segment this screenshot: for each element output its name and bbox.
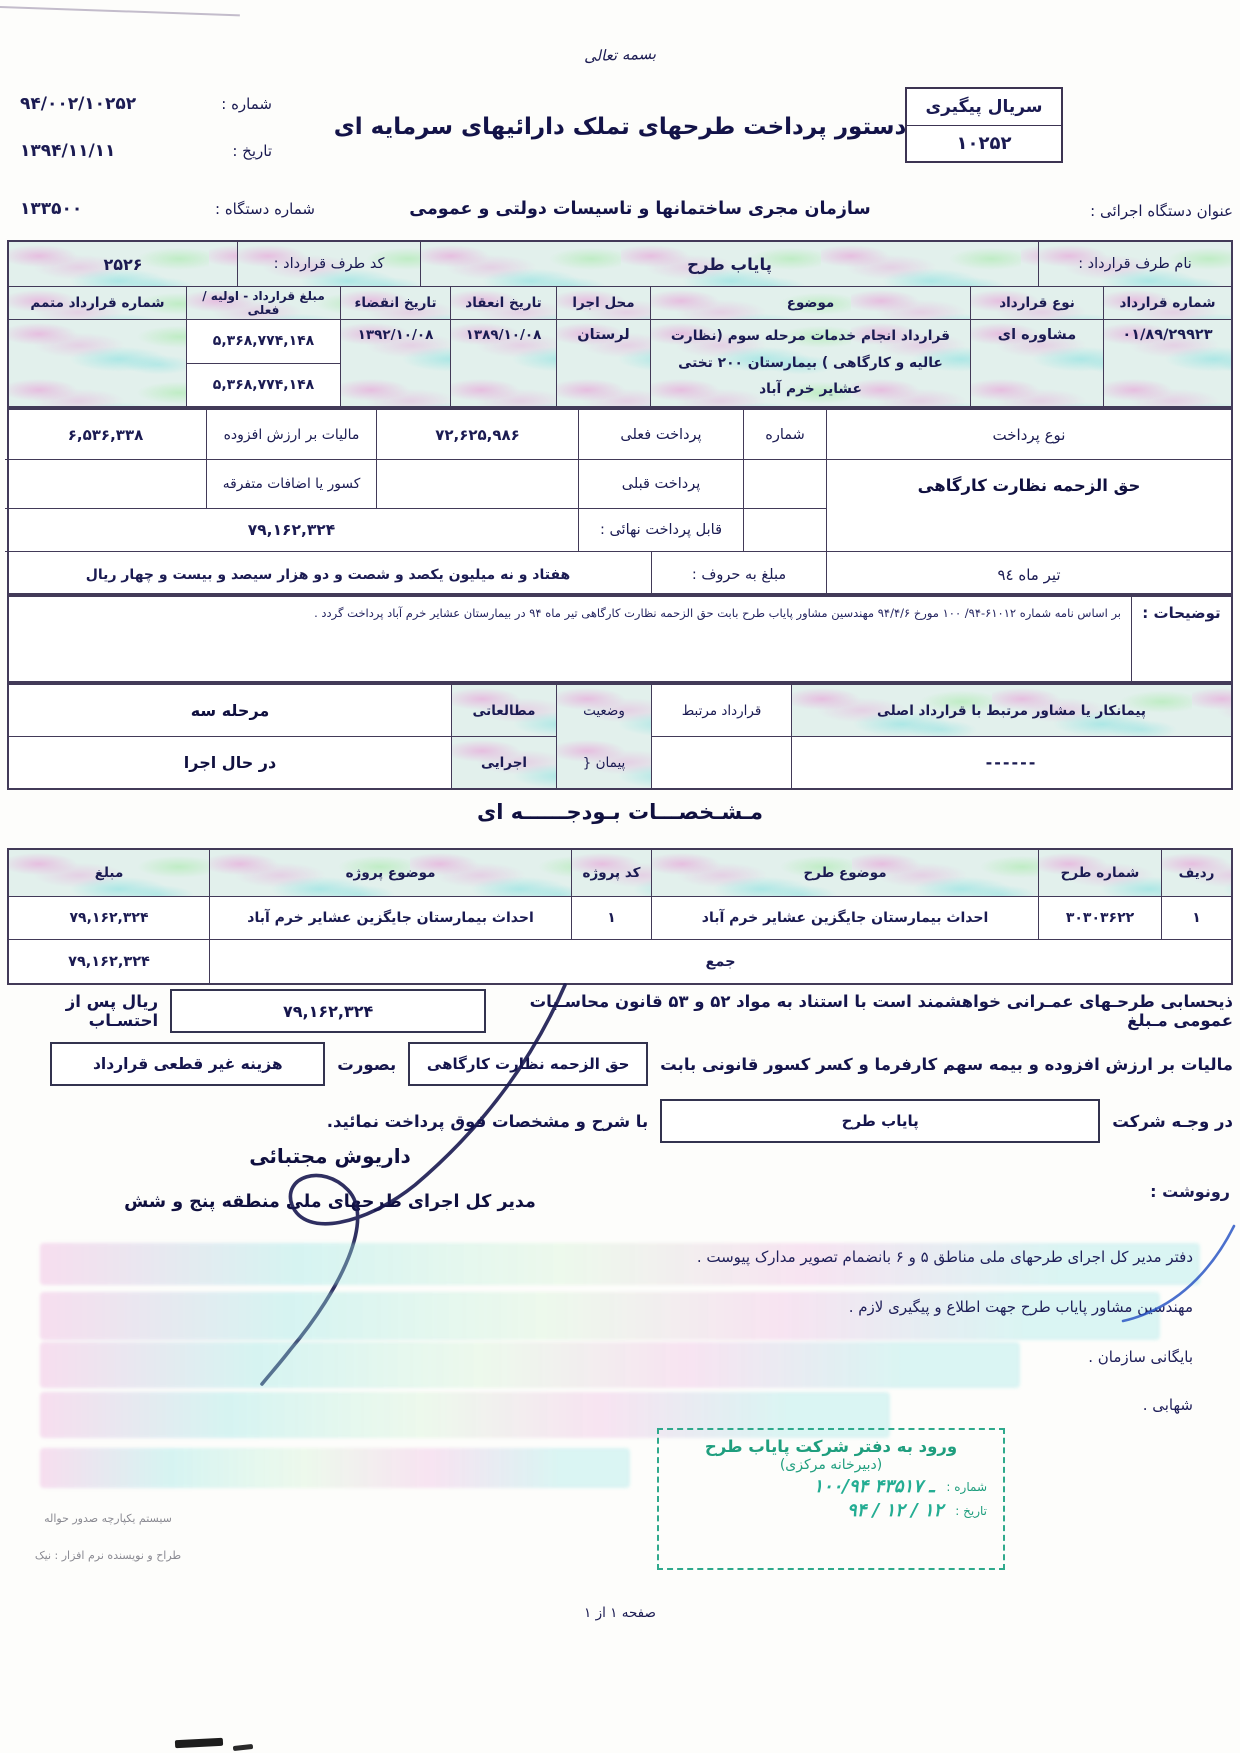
status-phase-label: مرحله سه bbox=[9, 685, 451, 737]
entry-stamp: ورود به دفتر شرکت پایاب طرح (دبیرخانه مر… bbox=[657, 1428, 1005, 1570]
payment-type-value: حق الزحمه نظارت کارگاهی bbox=[826, 460, 1231, 552]
scan-smudge bbox=[40, 1342, 1020, 1388]
budget-row-plan-no: ۳۰۳۰۳۶۲۲ bbox=[1038, 897, 1161, 939]
status-contractor-label: پیمانکار یا مشاور مرتبط با قرارداد اصلی bbox=[791, 685, 1231, 737]
contract-amount-initial: ۵,۳۶۸,۷۷۴,۱۴۸ bbox=[187, 320, 340, 364]
payment-vat-label: مالیات بر ارزش افزوده bbox=[206, 410, 376, 460]
budget-row-plan-subject: احداث بیمارستان جایگزین عشایر خرم آباد bbox=[651, 897, 1038, 939]
stamp-date-row: تاریخ : ۹۴ / ۱۲ / ۱۲ bbox=[659, 1500, 1003, 1521]
page-title: دستور پرداخت طرحهای تملک دارائیهای سرمای… bbox=[320, 114, 920, 140]
request-company-box: پایاب طرح bbox=[660, 1099, 1100, 1143]
contract-table: نام طرف قرارداد : پایاب طرح کد طرف قرارد… bbox=[7, 240, 1233, 408]
contract-header-expire-date: تاریخ انقضاء bbox=[340, 287, 450, 319]
payment-vat-value: ۶,۵۳۶,۳۳۸ bbox=[5, 410, 206, 460]
budget-row-project-code: ۱ bbox=[571, 897, 651, 939]
page-number: صفحه ۱ از ۱ bbox=[540, 1605, 700, 1621]
payment-number-header: شماره bbox=[743, 410, 826, 460]
stamp-number-value: ۱۰۰/۹۴ ـ ۴۳۵۱۷ bbox=[813, 1476, 934, 1497]
bismillah: بسمه تعالی bbox=[530, 43, 711, 67]
agency-label: عنوان دستگاه اجرائی : bbox=[1020, 202, 1233, 220]
status-study-label: مطالعاتی bbox=[451, 685, 556, 737]
contract-number-value: ۰۱/۸۹/۲۹۹۲۳ bbox=[1103, 320, 1231, 406]
contract-header-amount: مبلغ قرارداد - اولیه / فعلی bbox=[186, 287, 340, 319]
tracking-serial-value: ۱۰۲۵۲ bbox=[907, 126, 1061, 162]
copy-item: شهابی . bbox=[1143, 1396, 1193, 1414]
device-number-row: شماره دستگاه : ۱۳۳۵۰۰ bbox=[20, 199, 315, 219]
scan-artifact bbox=[0, 6, 240, 16]
scan-smudge bbox=[40, 1448, 630, 1488]
doc-date-value: ۱۳۹۴/۱۱/۱۱ bbox=[20, 141, 115, 161]
contract-header-location: محل اجرا bbox=[556, 287, 650, 319]
payment-previous-label: پرداخت قبلی bbox=[578, 460, 743, 509]
device-number-label: شماره دستگاه : bbox=[215, 200, 315, 218]
contract-party-code-label: کد طرف قرارداد : bbox=[237, 242, 420, 286]
copy-item: دفتر مدیر کل اجرای طرحهای ملی مناطق ۵ و … bbox=[697, 1248, 1193, 1266]
payment-current-label: پرداخت فعلی bbox=[578, 410, 743, 460]
doc-date-row: تاریخ : ۱۳۹۴/۱۱/۱۱ bbox=[20, 141, 272, 161]
request-line2-text: مالیات بر ارزش افزوده و بیمه سهم کارفرما… bbox=[660, 1055, 1233, 1074]
notes-text: بر اساس نامه شماره ۶۱۰۱۲-۹۴/ ۱۰۰ مورخ ۹۴… bbox=[9, 597, 1131, 681]
contract-party-value: پایاب طرح bbox=[420, 242, 1038, 286]
stamp-title: ورود به دفتر شرکت پایاب طرح bbox=[705, 1437, 957, 1456]
contract-type-value: مشاوره ای bbox=[970, 320, 1103, 406]
request-line3-text: در وجـه شرکت bbox=[1112, 1112, 1233, 1131]
status-related-label: قرارداد مرتبط bbox=[651, 685, 791, 737]
contract-header-subject: موضوع bbox=[650, 287, 970, 319]
payment-misc-empty-cell bbox=[5, 460, 206, 509]
notes-box: توضیحات : بر اساس نامه شماره ۶۱۰۱۲-۹۴/ ۱… bbox=[7, 595, 1233, 683]
tracking-serial-label: سریال پیگیری bbox=[907, 89, 1061, 126]
status-exec-label: اجرایی bbox=[451, 737, 556, 788]
budget-header-project-code: کد پروژه bbox=[571, 850, 651, 896]
software-credit-line2: طراح و نویسنده نرم افزار : نیک bbox=[22, 1549, 194, 1562]
device-number-value: ۱۳۳۵۰۰ bbox=[20, 199, 82, 219]
payment-number-empty-cell bbox=[743, 460, 826, 509]
doc-date-label: تاریخ : bbox=[232, 142, 272, 160]
contract-amount-cell: ۵,۳۶۸,۷۷۴,۱۴۸ ۵,۳۶۸,۷۷۴,۱۴۸ bbox=[186, 320, 340, 406]
payment-table: نوع پرداخت شماره پرداخت فعلی ۷۲,۶۲۵,۹۸۶ … bbox=[7, 408, 1233, 595]
payment-words-value: هفتاد و نه میلیون یکصد و شصت و دو هزار س… bbox=[5, 552, 651, 597]
software-credit-line1: سیستم یکپارچه صدور حواله bbox=[22, 1512, 194, 1525]
budget-header-amount: مبلغ bbox=[9, 850, 209, 896]
budget-header-index: ردیف bbox=[1161, 850, 1231, 896]
contract-header-type: نوع قرارداد bbox=[970, 287, 1103, 319]
payment-previous-empty-cell bbox=[376, 460, 578, 509]
request-line1-text: ذیحسابی طرحـهای عمـرانی خواهشمند است با … bbox=[498, 992, 1233, 1030]
payment-words-label: مبلغ به حروف : bbox=[651, 552, 826, 597]
payment-period-value: تیر ماه ۹٤ bbox=[826, 552, 1231, 597]
budget-header-plan-no: شماره طرح bbox=[1038, 850, 1161, 896]
stamp-date-label: تاریخ : bbox=[955, 1504, 987, 1518]
scanned-payment-order-document: بسمه تعالی سریال پیگیری ۱۰۲۵۲ شماره : ۹۴… bbox=[0, 0, 1240, 1753]
contract-supplement-empty-cell bbox=[9, 320, 186, 406]
doc-number-label: شماره : bbox=[221, 95, 272, 113]
stamp-number-label: شماره : bbox=[946, 1480, 987, 1494]
status-table: پیمانکار یا مشاور مرتبط با قرارداد اصلی … bbox=[7, 683, 1233, 790]
stamp-date-value: ۹۴ / ۱۲ / ۱۲ bbox=[847, 1500, 943, 1521]
doc-number-value: ۹۴/۰۰۲/۱۰۲۵۲ bbox=[20, 94, 136, 114]
contract-party-code-value: ۲۵۲۶ bbox=[9, 242, 237, 286]
stamp-subtitle: (دبیرخانه مرکزی) bbox=[780, 1457, 882, 1473]
budget-section-title: مـشـخصـــات بـودجــــــه ای bbox=[330, 800, 910, 824]
payment-number-empty-cell2 bbox=[743, 509, 826, 552]
notes-label: توضیحات : bbox=[1131, 597, 1231, 681]
contract-party-label: نام طرف قرارداد : bbox=[1038, 242, 1231, 286]
copies-label: رونوشت : bbox=[1150, 1182, 1230, 1201]
budget-row-amount: ۷۹,۱۶۲,۳۲۴ bbox=[9, 897, 209, 939]
budget-header-plan-subject: موضوع طرح bbox=[651, 850, 1038, 896]
pen-checkmark bbox=[1120, 1222, 1238, 1332]
scan-artifact bbox=[233, 1744, 253, 1751]
stamp-number-row: شماره : ۱۰۰/۹۴ ـ ۴۳۵۱۷ bbox=[659, 1476, 1003, 1497]
contract-header-supplement: شماره قرارداد متمم bbox=[9, 287, 186, 319]
payment-type-header: نوع پرداخت bbox=[826, 410, 1231, 460]
contract-amount-current: ۵,۳۶۸,۷۷۴,۱۴۸ bbox=[187, 364, 340, 407]
budget-row-index: ۱ bbox=[1161, 897, 1231, 939]
payment-current-value: ۷۲,۶۲۵,۹۸۶ bbox=[376, 410, 578, 460]
payment-misc-label: کسور یا اضافات متفرقه bbox=[206, 460, 376, 509]
agency-value: سازمان مجری ساختمانها و تاسیسات دولتی و … bbox=[360, 199, 920, 219]
contract-header-sign-date: تاریخ انعقاد bbox=[450, 287, 556, 319]
contract-sign-date-value: ۱۳۸۹/۱۰/۰۸ bbox=[450, 320, 556, 406]
status-related-empty-cell bbox=[651, 737, 791, 788]
scan-artifact bbox=[175, 1738, 223, 1749]
status-state-label: وضعیت bbox=[556, 685, 651, 737]
status-phase-value: در حال اجرا bbox=[9, 737, 451, 788]
copy-item: بایگانی سازمان . bbox=[1088, 1348, 1193, 1366]
request-line1-tail: ریال پس از احتسـاب bbox=[7, 992, 158, 1030]
status-contractor-value: ------ bbox=[791, 737, 1231, 788]
contract-expire-date-value: ۱۳۹۲/۱۰/۰۸ bbox=[340, 320, 450, 406]
budget-row-project-subject: احداث بیمارستان جایگزین عشایر خرم آباد bbox=[209, 897, 571, 939]
tracking-serial-box: سریال پیگیری ۱۰۲۵۲ bbox=[905, 87, 1063, 163]
budget-table: ردیف شماره طرح موضوع طرح کد پروژه موضوع … bbox=[7, 848, 1233, 985]
payment-payable-value: ۷۹,۱۶۲,۳۲۴ bbox=[5, 509, 578, 552]
payment-payable-label: قابل پرداخت نهائی : bbox=[578, 509, 743, 552]
status-peyman-label: پیمان { bbox=[556, 737, 651, 788]
contract-header-number: شماره قرارداد bbox=[1103, 287, 1231, 319]
contract-location-value: لرستان bbox=[556, 320, 650, 406]
doc-number-row: شماره : ۹۴/۰۰۲/۱۰۲۵۲ bbox=[20, 94, 272, 114]
contract-subject-value: قرارداد انجام خدمات مرحله سوم (نظارت عال… bbox=[650, 320, 970, 406]
budget-header-project-subject: موضوع پروژه bbox=[209, 850, 571, 896]
